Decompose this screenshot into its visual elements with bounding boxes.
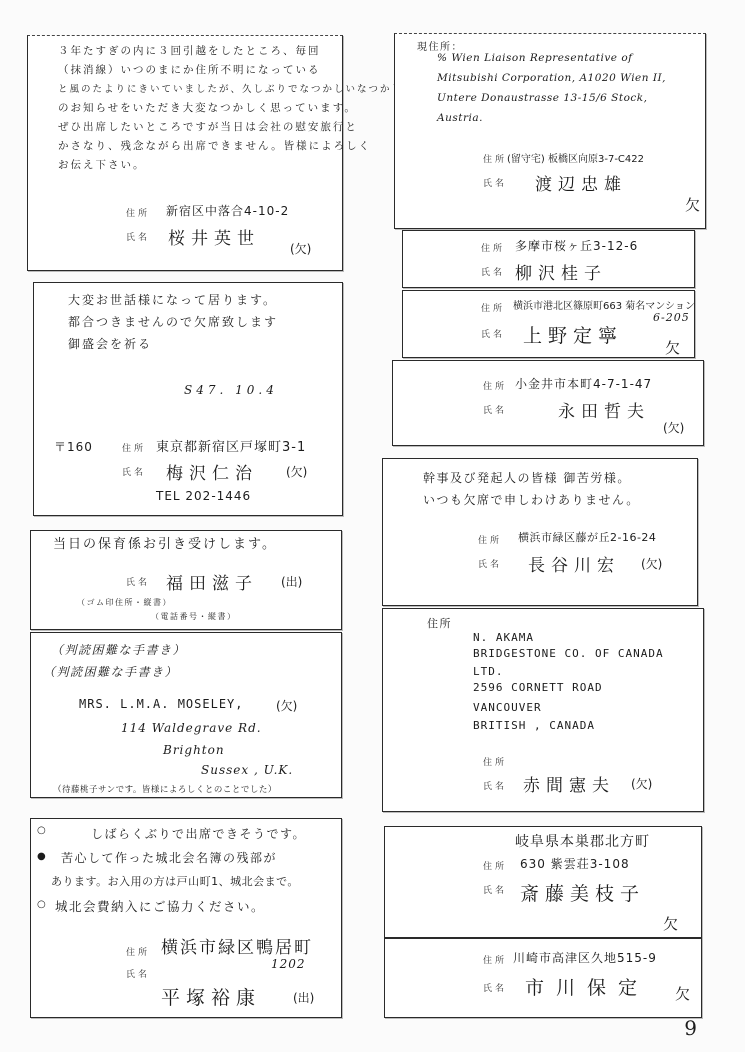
attendance-mark: 欠 [663,913,678,934]
name-label: 氏名 [126,967,150,980]
name-value: 長谷川宏 [528,551,620,576]
address-value: 630 紫雲荘3-108 [520,855,630,872]
address-line: N. AKAMA [473,631,534,644]
card-message: 大変お世話様になって居ります。 都合つきませんので欠席致します 御盛会を祈る [68,289,278,355]
note-line: あります。お入用の方は戸山町1、城北会まで。 [51,873,299,889]
name-label: 氏名 [126,575,150,588]
current-address-heading: 現住所： [417,38,463,53]
attendance-mark: 欠 [665,337,680,358]
card-message: 当日の保育係お引き受けします。 [53,535,277,554]
address-line: Austria. [437,112,483,124]
card-message: 幹事及び発起人の皆様 御苦労様。 いつも欠席で申しわけありません。 [423,467,640,511]
reply-card-umezawa: 大変お世話様になって居ります。 都合つきませんので欠席致します 御盛会を祈る S… [33,282,343,516]
page-number: 9 [684,1016,697,1040]
address-line: VANCOUVER [473,701,542,714]
address-label: 住所 [483,152,507,165]
address-value: 横浜市緑区鴨居町 [161,933,313,958]
reply-card-watanabe: 現住所： % Wien Liaison Representative of Mi… [394,33,706,229]
address-line: LTD. [473,665,504,678]
attendance-mark: 欠 [685,194,700,215]
address-line: 114 Waldegrave Rd. [121,721,262,735]
attendance-mark: (欠) [276,697,297,714]
attendance-mark: 欠 [675,983,690,1004]
address-value: 東京都新宿区戸塚町3-1 [156,436,306,455]
address-line: 2596 CORNETT ROAD [473,681,603,694]
name-label: 氏名 [483,176,507,189]
address-label: 住所 [478,533,502,546]
address-line: 岐阜県本巣郡北方町 [515,831,650,851]
name-label: 氏名 [122,465,146,478]
bullet-icon: ○ [37,825,46,836]
card-note: （待藤桃子サンです。皆様によろしくとのことでした） [53,783,277,795]
reply-card-ueno: 住所 横浜市港北区篠原町663 菊名マンション 6-205 氏名 上野定寧 欠 [402,290,695,358]
address-line: Sussex , U.K. [201,763,293,777]
note-line: 城北会費納入にご協力ください。 [55,897,265,915]
reply-card-yanagisawa: 住所 多摩市桜ヶ丘3-12-6 氏名 柳沢桂子 [402,230,695,288]
address-label: 住所 [126,206,150,219]
address-label: 住所 [122,441,146,454]
name-value: 桜井英世 [168,224,260,249]
rubber-stamp-address: （ゴム印住所・縦書） [77,597,172,608]
address-label: 住所 [481,241,505,254]
name-label: 氏名 [481,327,505,340]
reply-card-hiratsuka: ○ しばらくぶりで出席できそうです。 ● 苦心して作った城北会名簿の残部が あり… [30,818,342,1018]
address-value: 横浜市緑区藤が丘2-16-24 [518,529,656,545]
address-value: 新宿区中落合4-10-2 [166,202,289,219]
date: S47. 10.4 [184,383,278,397]
postal-code: 〒160 [54,438,93,455]
address-label: 住所 [481,301,505,314]
address-line: % Wien Liaison Representative of [437,52,633,64]
address-line: MRS. L.M.A. MOSELEY, [79,697,244,711]
name-label: 氏名 [478,557,502,570]
bullet-icon: ● [37,851,46,862]
address-value: 小金井市本町4-7-1-47 [515,375,652,392]
attendance-mark: (欠) [290,240,311,257]
reply-card-moseley: （判読困難な手書き） （判読困難な手書き） MRS. L.M.A. MOSELE… [30,632,342,798]
address-value: 横浜市港北区篠原町663 菊名マンション [513,297,695,312]
reply-card-nagata: 住所 小金井市本町4-7-1-47 氏名 永田哲夫 (欠) [392,360,704,446]
name-label: 氏名 [483,883,507,896]
name-label: 氏名 [483,779,507,792]
name-value: 市川保定 [525,973,649,1000]
address-line: Mitsubishi Corporation, A1020 Wien II, [437,72,666,84]
attendance-mark: (欠) [286,463,307,480]
address-value: 川崎市高津区久地515-9 [513,949,657,966]
card-message: ３年たすぎの内に３回引越をしたところ、毎回 （抹消線）いつのまにか住所不明になっ… [58,42,415,175]
reply-card-sakurai: ３年たすぎの内に３回引越をしたところ、毎回 （抹消線）いつのまにか住所不明になっ… [27,35,343,271]
address-value: 多摩市桜ヶ丘3-12-6 [515,237,638,254]
address-line: Brighton [163,743,225,757]
rubber-stamp-phone: （電話番号・縦書） [151,611,237,622]
name-label: 氏名 [483,403,507,416]
address-label: 住所 [483,379,507,392]
attendance-mark: (出) [293,989,314,1006]
telephone: TEL 202-1446 [156,489,251,503]
address-line: BRITISH , CANADA [473,719,595,732]
name-value: 上野定寧 [523,321,623,348]
attendance-mark: (欠) [641,555,662,572]
address-value: (留守宅) 板橋区向原3-7-C422 [507,150,644,165]
address-number: 1202 [271,957,306,971]
address-heading: 住所 [427,615,452,631]
name-value: 柳沢桂子 [515,259,607,284]
address-line: BRIDGESTONE CO. OF CANADA [473,647,664,660]
reply-card-ichikawa: 住所 川崎市高津区久地515-9 氏名 市川保定 欠 [384,938,702,1018]
name-value: 斎藤美枝子 [520,879,645,906]
reply-card-saito: 岐阜県本巣郡北方町 住所 630 紫雲荘3-108 氏名 斎藤美枝子 欠 [384,826,702,938]
reply-card-akama: 住所 N. AKAMA BRIDGESTONE CO. OF CANADA LT… [382,608,704,812]
reply-card-fukuda: 当日の保育係お引き受けします。 氏名 福田滋子 (出) （ゴム印住所・縦書） （… [30,530,342,630]
name-value: 赤間憲夫 [523,771,615,796]
note-line: 苦心して作った城北会名簿の残部が [61,849,277,866]
name-value: 梅沢仁治 [166,459,258,484]
name-value: 渡辺忠雄 [535,170,627,195]
illegible-message-line: （判読困難な手書き） [51,641,186,658]
attendance-mark: (欠) [631,775,652,792]
attendance-mark: (欠) [663,419,684,436]
address-number: 6-205 [653,311,690,324]
name-value: 福田滋子 [166,569,258,594]
address-label: 住所 [126,945,150,958]
name-label: 氏名 [483,981,507,994]
address-label: 住所 [483,859,507,872]
name-value: 平塚裕康 [161,983,261,1010]
reply-card-hasegawa: 幹事及び発起人の皆様 御苦労様。 いつも欠席で申しわけありません。 住所 横浜市… [382,458,698,606]
address-label: 住所 [483,953,507,966]
name-label: 氏名 [126,230,150,243]
attendance-mark: (出) [281,573,302,590]
illegible-message-line: （判読困難な手書き） [43,663,178,680]
address-line: Untere Donaustrasse 13-15/6 Stock, [437,92,648,104]
note-line: しばらくぶりで出席できそうです。 [91,825,306,842]
name-value: 永田哲夫 [558,397,650,422]
address-label: 住所 [483,755,507,768]
name-label: 氏名 [481,265,505,278]
bullet-icon: ○ [37,899,46,910]
